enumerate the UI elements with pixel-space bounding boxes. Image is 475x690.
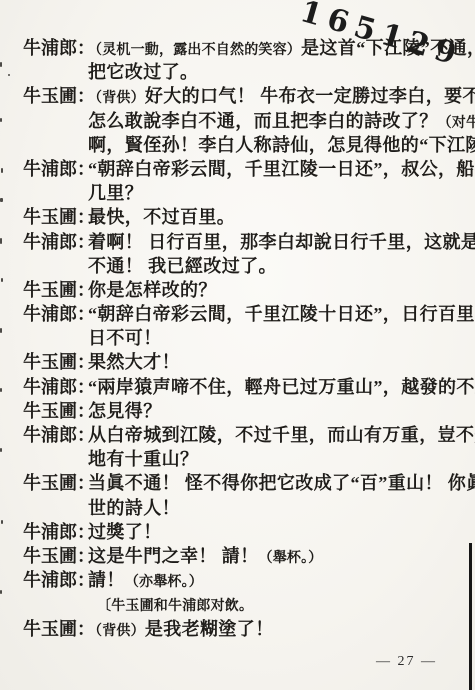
dialogue-text: 不通！ 我已經改过了。 [88,256,277,276]
speaker-name: 牛玉圃： [23,544,95,568]
dialogue-line: 牛玉圃：你是怎样改的？ [23,278,463,302]
dialogue-line: 牛玉圃：当眞不通！ 怪不得你把它改成了“百”重山！ 你眞是盖 [23,471,463,495]
dialogue-line: 牛浦郎：过獎了！ [23,520,463,544]
dialogue-line: 牛浦郎：着啊！ 日行百里，那李白却說日行千里，这就是大大的 [23,230,463,254]
stage-direction-text: （对牛浦郎） [438,116,475,131]
speaker-name: 牛玉圃： [23,399,95,423]
speaker-name: 牛玉圃： [23,278,95,302]
dialogue-text: 过獎了！ [88,522,162,542]
speaker-name: 牛浦郎： [23,302,95,326]
stage-direction-text: （灵机一動，露出不自然的笑容） [88,43,301,58]
dialogue-text: 果然大才！ [88,352,180,372]
dialogue-text: 当眞不通！ 怪不得你把它改成了“百”重山！ 你眞是盖 [88,473,475,493]
dialogue-text: 怎見得？ [88,401,162,421]
stage-direction-text: （舉杯。） [259,551,323,566]
stage-direction-text: （背供） [88,624,145,639]
dialogue-line: 牛玉圃：最快，不过百里。 [23,205,463,229]
dialogue-text: 怎么敢說李白不通，而且把李白的詩改了？ [88,111,438,131]
dialogue-line: 牛浦郎：“兩岸猿声啼不住，輕舟已过万重山”，越發的不通！ [23,375,463,399]
dialogue-line: 日不可！ [23,326,463,350]
dialogue-line: 牛玉圃：果然大才！ [23,350,463,374]
speaker-name: 牛玉圃： [23,350,95,374]
dialogue-line: 牛玉圃：（背供）是我老糊塗了！ [23,617,463,641]
stage-direction-text: 〔牛玉圃和牛浦郎对飲。 [97,599,253,614]
dialogue-text: 把它改过了。 [88,62,198,82]
dialogue-text: 最快，不过百里。 [88,207,235,227]
dialogue-line: 把它改过了。 [23,60,463,84]
dialogue-line: 不通！ 我已經改过了。 [23,254,463,278]
speaker-name: 牛玉圃： [23,617,95,641]
speaker-name: 牛浦郎： [23,230,95,254]
speaker-name: 牛浦郎： [23,157,95,181]
dialogue-text: 这是牛門之幸！ 請！ [88,546,259,566]
dialogue-text: 从白帝城到江陵，不过千里，而山有万重，豈不是一里 [88,425,475,445]
stage-direction-text: （背供） [88,91,145,106]
speaker-name: 牛浦郎： [23,423,95,447]
dialogue-text: “朝辞白帝彩云間，千里江陵一日还”，叔公，船行一日 [88,159,475,179]
dialogue-text: 几里？ [88,183,143,203]
dialogue-line: 牛浦郎：請！（亦舉杯。） [23,568,463,592]
dialogue-line: 牛玉圃：这是牛門之幸！ 請！（舉杯。） [23,544,463,568]
dialogue-line: 啊，賢侄孙！李白人称詩仙，怎見得他的“下江陵”不通？ [23,133,463,157]
dialogue-text: 是我老糊塗了！ [145,619,274,639]
dialogue-line: 怎么敢說李白不通，而且把李白的詩改了？（对牛浦郎） [23,109,463,133]
dialogue-text: 是这首“下江陵”不通，侄孙 [301,38,475,58]
dialogue-line: 地有十重山？ [23,447,463,471]
scanned-script-page: 165129 牛浦郎：（灵机一動，露出不自然的笑容）是这首“下江陵”不通，侄孙把… [0,0,475,690]
dialogue-text: 你是怎样改的？ [88,280,217,300]
dialogue-text: 啊，賢侄孙！李白人称詩仙，怎見得他的“下江陵”不通？ [88,135,475,155]
dialogue-line: 世的詩人！ [23,496,463,520]
dialogue-content: 牛浦郎：（灵机一動，露出不自然的笑容）是这首“下江陵”不通，侄孙把它改过了。牛玉… [23,36,463,641]
dialogue-text: 日不可！ [88,328,162,348]
dialogue-line: 牛玉圃：怎見得？ [23,399,463,423]
dialogue-text: “兩岸猿声啼不住，輕舟已过万重山”，越發的不通！ [88,377,475,397]
stage-direction-text: （亦舉杯。） [125,575,203,590]
speaker-name: 牛玉圃： [23,205,95,229]
scan-edge-shadow [469,543,472,690]
dialogue-text: 世的詩人！ [88,498,180,518]
speaker-name: 牛浦郎： [23,568,95,592]
page-number: — 27 — [376,654,437,670]
dialogue-line: 几里？ [23,181,463,205]
speaker-name: 牛玉圃： [23,84,95,108]
stage-direction-line: 〔牛玉圃和牛浦郎对飲。 [23,592,463,616]
dialogue-text: “朝辞白帝彩云間，千里江陵十日还”，日行百里，非十 [88,304,475,324]
dialogue-text: 好大的口气！ 牛布衣一定勝过李白，要不然，他 [145,86,475,106]
dialogue-line: 牛玉圃：（背供）好大的口气！ 牛布衣一定勝过李白，要不然，他 [23,84,463,108]
speaker-name: 牛浦郎： [23,520,95,544]
speaker-name: 牛浦郎： [23,375,95,399]
dialogue-line: 牛浦郎：（灵机一動，露出不自然的笑容）是这首“下江陵”不通，侄孙 [23,36,463,60]
dialogue-text: 着啊！ 日行百里，那李白却說日行千里，这就是大大的 [88,232,475,252]
speaker-name: 牛浦郎： [23,36,95,60]
dialogue-line: 牛浦郎：“朝辞白帝彩云間，千里江陵十日还”，日行百里，非十 [23,302,463,326]
dialogue-line: 牛浦郎：从白帝城到江陵，不过千里，而山有万重，豈不是一里 [23,423,463,447]
speaker-name: 牛玉圃： [23,471,95,495]
dialogue-line: 牛浦郎：“朝辞白帝彩云間，千里江陵一日还”，叔公，船行一日 [23,157,463,181]
dialogue-text: 地有十重山？ [88,449,198,469]
